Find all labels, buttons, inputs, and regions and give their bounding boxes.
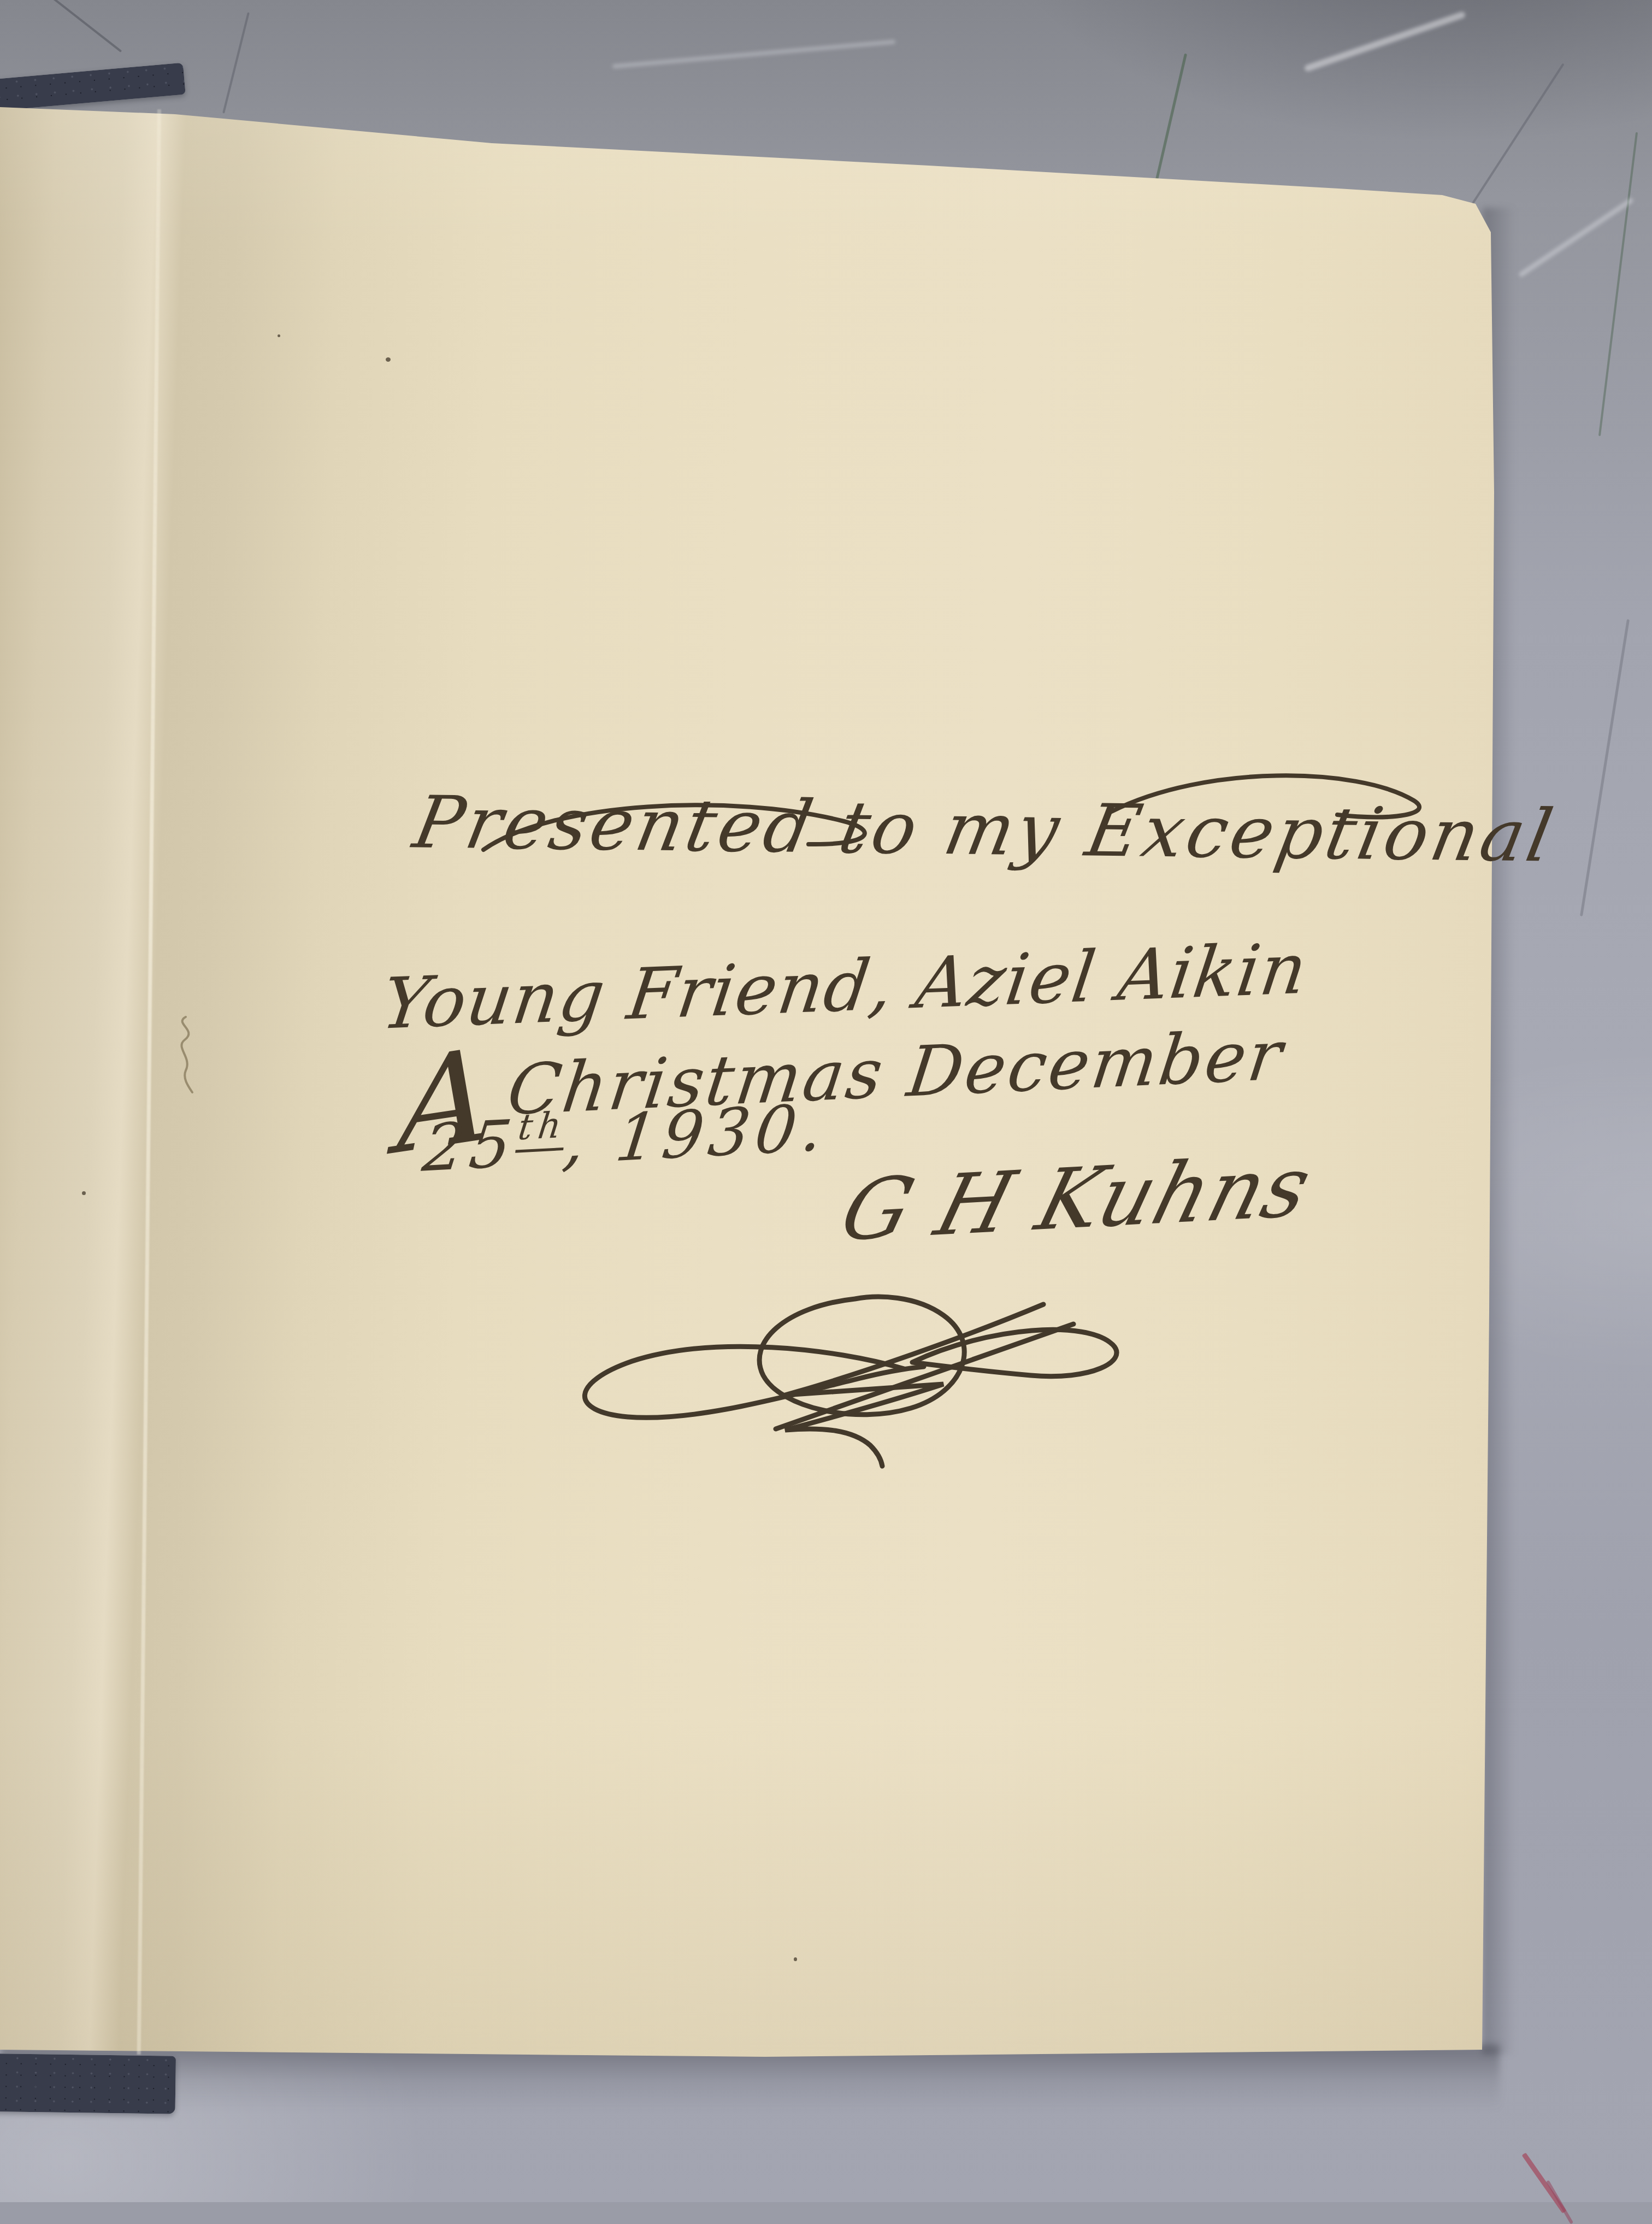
- ink-speck: [82, 1191, 86, 1195]
- ink-speck: [386, 357, 391, 362]
- book-cover-bottom-edge: [0, 2054, 176, 2114]
- signature: G H Kuhns: [833, 1145, 1320, 1254]
- date-ordinal: th: [515, 1104, 569, 1152]
- ink-speck: [794, 1957, 797, 1961]
- stray-fiber: [164, 1014, 213, 1096]
- ink-speck: [278, 334, 280, 337]
- date-day: 25: [419, 1105, 521, 1186]
- pen-swash-strokes: [382, 757, 1475, 932]
- photo-scene: Presented to my Exceptional Young Friend…: [0, 0, 1652, 2202]
- inscription-date: 25th, 1930.: [420, 1094, 832, 1181]
- signature-flourish: [549, 1265, 1134, 1467]
- ornate-capital: A: [398, 1095, 493, 1109]
- date-tail: , 1930.: [560, 1089, 833, 1179]
